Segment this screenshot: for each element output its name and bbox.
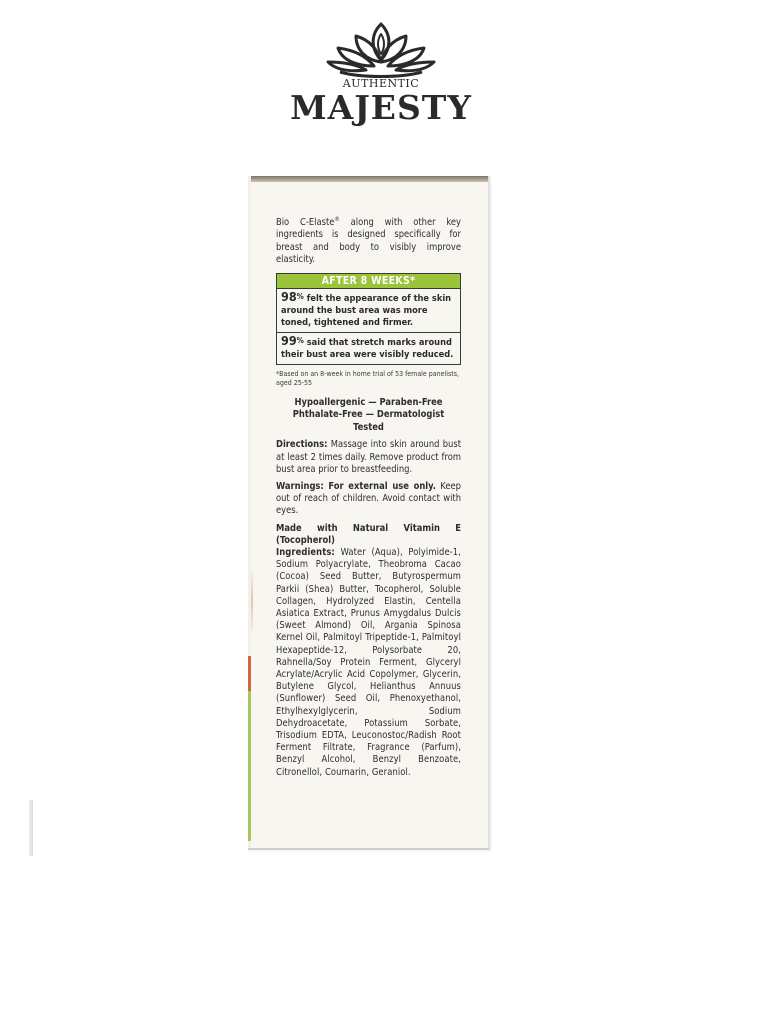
ingredients-list: Ingredients: Water (Aqua), Polyimide-1, …	[276, 547, 461, 779]
directions: Directions: Massage into skin around bus…	[276, 439, 461, 476]
ingredients-section: Made with Natural Vitamin E (Tocopherol)…	[276, 523, 461, 779]
claims-line-1: Hypoallergenic — Paraben-Free	[276, 397, 461, 410]
result-percent: 99	[281, 333, 297, 348]
box-edge-accent-orange	[248, 656, 251, 691]
box-edge-accent-green	[248, 691, 251, 841]
box-top-edge	[248, 176, 488, 182]
brand-logo: AUTHENTIC MAJESTY	[283, 20, 479, 132]
warnings-label: Warnings: For external use only.	[276, 481, 436, 492]
percent-sign: %	[297, 336, 304, 345]
box-edge-accent-pink	[251, 571, 253, 631]
product-box-side-panel: Bio C-Elaste® along with other key ingre…	[248, 176, 490, 850]
vitamin-note: Made with Natural Vitamin E (Tocopherol)	[276, 523, 461, 547]
result-item: 99% said that stretch marks around their…	[277, 332, 460, 364]
product-claims: Hypoallergenic — Paraben-Free Phthalate-…	[276, 397, 461, 435]
result-text: felt the appearance of the skin around t…	[281, 293, 451, 328]
lotus-crown-icon	[326, 20, 436, 78]
partial-box-edge	[29, 800, 33, 856]
result-text: said that stretch marks around their bus…	[281, 337, 453, 360]
results-box: AFTER 8 WEEKS* 98% felt the appearance o…	[276, 273, 461, 365]
result-item: 98% felt the appearance of the skin arou…	[277, 289, 460, 332]
percent-sign: %	[297, 292, 304, 301]
ingredients-text: Water (Aqua), Polyimide-1, Sodium Polyac…	[276, 547, 461, 778]
study-footnote: *Based on an 8-week in home trial of 53 …	[276, 370, 461, 389]
claims-line-2: Phthalate-Free — Dermatologist Tested	[276, 409, 461, 434]
results-heading: AFTER 8 WEEKS*	[277, 274, 460, 289]
ingredients-label: Ingredients:	[276, 547, 335, 558]
warnings: Warnings: For external use only. Keep ou…	[276, 481, 461, 518]
panel-content: Bio C-Elaste® along with other key ingre…	[276, 214, 461, 779]
brand-ingredient: Bio C-Elaste	[276, 217, 334, 228]
intro-paragraph: Bio C-Elaste® along with other key ingre…	[276, 214, 461, 266]
brand-name: MAJESTY	[283, 91, 479, 125]
directions-label: Directions:	[276, 439, 327, 450]
result-percent: 98	[281, 289, 297, 304]
